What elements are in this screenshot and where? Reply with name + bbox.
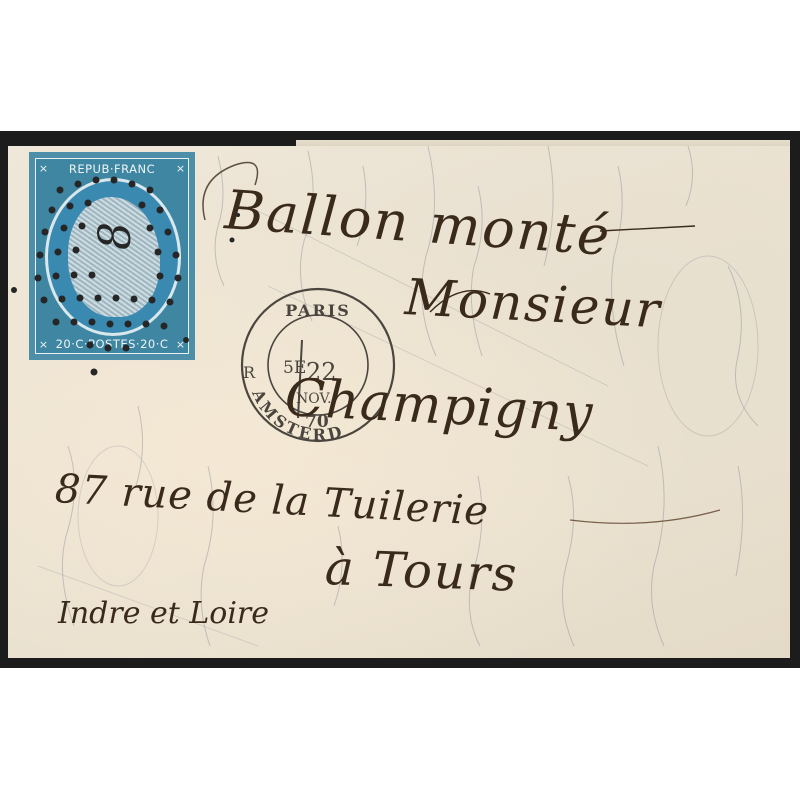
postmark-top-text: PARIS bbox=[285, 301, 351, 320]
postmark-left-fragment: R bbox=[243, 363, 256, 382]
handwriting-city: à Tours bbox=[324, 540, 519, 603]
tuilerie-tail bbox=[570, 510, 720, 523]
handwriting-department: Indre et Loire bbox=[58, 596, 269, 631]
dot-lozenge-cancel bbox=[11, 177, 240, 376]
lozenge-numeral: 8 bbox=[90, 222, 141, 250]
t-crossbar bbox=[600, 226, 695, 231]
